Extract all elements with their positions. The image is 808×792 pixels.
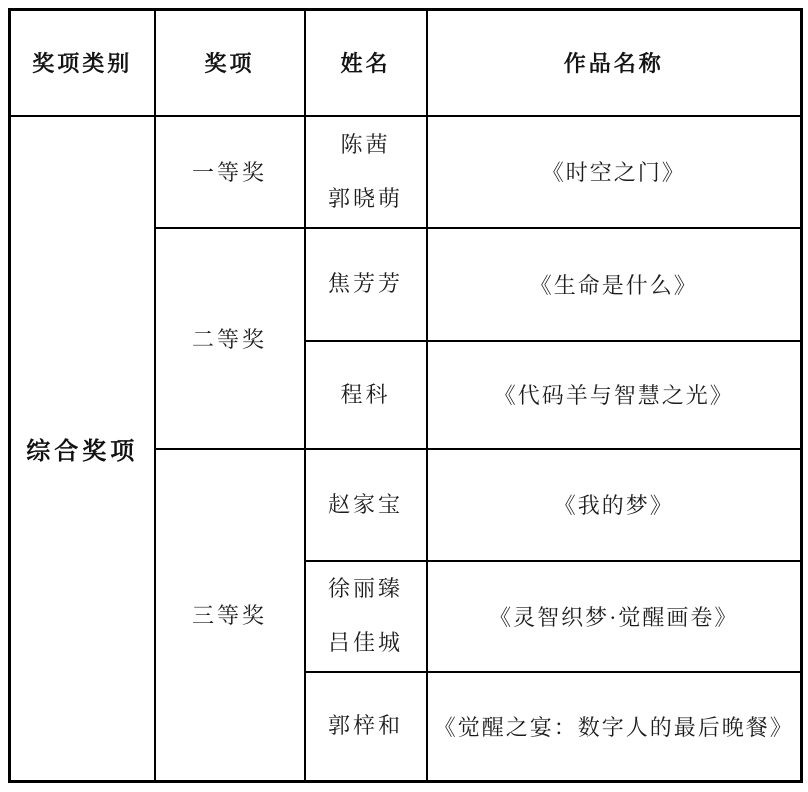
name-cell: 徐丽臻 吕佳城 (305, 561, 427, 672)
name: 陈茜 (308, 130, 424, 160)
name: 徐丽臻 (308, 574, 424, 604)
name: 程科 (308, 380, 424, 410)
name: 焦芳芳 (308, 269, 424, 299)
award-cell-second-prize: 二等奖 (155, 228, 305, 449)
name: 吕佳城 (308, 628, 424, 658)
document-page: 奖项类别 奖项 姓名 作品名称 综合奖项 一等奖 陈茜 郭晓萌 《时空之门》 二… (0, 0, 808, 792)
name-cell: 郭梓和 (305, 672, 427, 782)
name-cell: 焦芳芳 (305, 228, 427, 341)
award-cell-third-prize: 三等奖 (155, 449, 305, 782)
header-work-title: 作品名称 (427, 10, 802, 116)
work-cell: 《我的梦》 (427, 449, 802, 561)
work-cell: 《代码羊与智慧之光》 (427, 341, 802, 449)
table-row: 综合奖项 一等奖 陈茜 郭晓萌 《时空之门》 (10, 116, 802, 228)
name: 郭梓和 (308, 711, 424, 741)
header-row: 奖项类别 奖项 姓名 作品名称 (10, 10, 802, 116)
award-cell-first-prize: 一等奖 (155, 116, 305, 228)
name: 郭晓萌 (308, 184, 424, 214)
header-name: 姓名 (305, 10, 427, 116)
work-cell: 《时空之门》 (427, 116, 802, 228)
work-cell: 《觉醒之宴：数字人的最后晚餐》 (427, 672, 802, 782)
header-award-category: 奖项类别 (10, 10, 155, 116)
name: 赵家宝 (308, 490, 424, 520)
name-cell: 赵家宝 (305, 449, 427, 561)
work-cell: 《灵智织梦·觉醒画卷》 (427, 561, 802, 672)
name-cell: 程科 (305, 341, 427, 449)
header-award: 奖项 (155, 10, 305, 116)
work-cell: 《生命是什么》 (427, 228, 802, 341)
name-cell: 陈茜 郭晓萌 (305, 116, 427, 228)
category-cell: 综合奖项 (10, 116, 155, 782)
awards-table: 奖项类别 奖项 姓名 作品名称 综合奖项 一等奖 陈茜 郭晓萌 《时空之门》 二… (8, 8, 803, 783)
